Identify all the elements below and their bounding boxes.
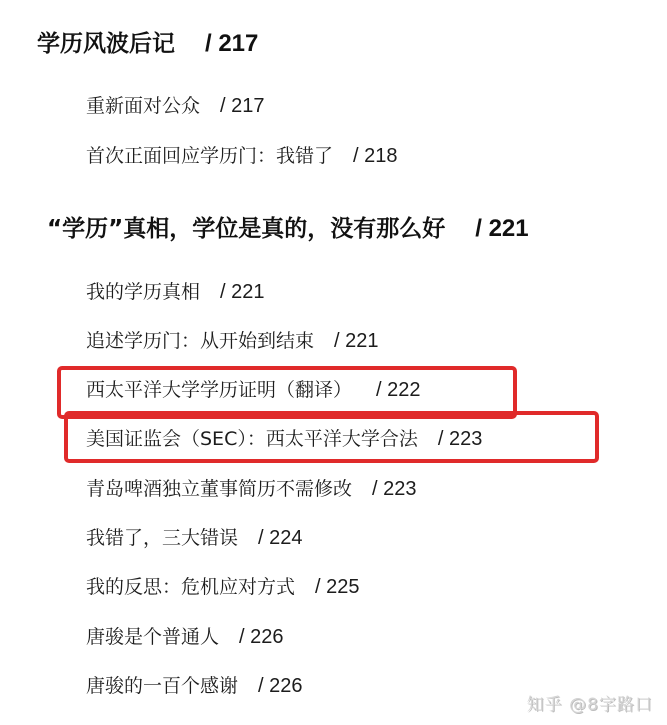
entry-page-number: / 218 bbox=[353, 145, 397, 167]
entry-page-number: / 224 bbox=[258, 527, 302, 549]
entry-title: 唐骏的一百个感谢 bbox=[86, 675, 238, 697]
toc-entry: 重新面对公众/ 217 bbox=[86, 96, 265, 116]
entry-title: 我的学历真相 bbox=[86, 281, 200, 303]
entry-page-number: / 226 bbox=[258, 675, 302, 697]
entry-title: 重新面对公众 bbox=[86, 95, 200, 117]
toc-entry: 青岛啤酒独立董事简历不需修改/ 223 bbox=[86, 479, 417, 499]
zhihu-watermark: 知乎 @8字路口 bbox=[527, 690, 653, 715]
chapter-heading: “学历”真相，学位是真的，没有那么好/ 221 bbox=[47, 217, 529, 241]
entry-title: 我错了，三大错误 bbox=[86, 527, 238, 549]
toc-entry: 首次正面回应学历门：我错了/ 218 bbox=[86, 146, 398, 166]
chapter-heading: 学历风波后记/ 217 bbox=[37, 32, 258, 56]
entry-title: 追述学历门：从开始到结束 bbox=[86, 330, 314, 352]
chapter-title: “学历”真相，学位是真的，没有那么好 bbox=[47, 216, 445, 242]
chapter-page-number: / 221 bbox=[475, 215, 528, 242]
toc-entry: 唐骏是个普通人/ 226 bbox=[86, 627, 284, 647]
toc-entry: 我的反思：危机应对方式/ 225 bbox=[86, 577, 360, 597]
entry-title: 唐骏是个普通人 bbox=[86, 626, 219, 648]
toc-entry: 唐骏的一百个感谢/ 226 bbox=[86, 676, 303, 696]
entry-title: 首次正面回应学历门：我错了 bbox=[86, 145, 333, 167]
highlight-box-sec bbox=[64, 411, 599, 463]
entry-page-number: / 217 bbox=[220, 95, 264, 117]
entry-page-number: / 223 bbox=[372, 478, 416, 500]
entry-page-number: / 221 bbox=[220, 281, 264, 303]
entry-page-number: / 225 bbox=[315, 576, 359, 598]
entry-page-number: / 221 bbox=[334, 330, 378, 352]
toc-entry: 我错了，三大错误/ 224 bbox=[86, 528, 303, 548]
entry-title: 青岛啤酒独立董事简历不需修改 bbox=[86, 478, 352, 500]
toc-entry: 追述学历门：从开始到结束/ 221 bbox=[86, 331, 379, 351]
chapter-page-number: / 217 bbox=[205, 30, 258, 57]
chapter-title: 学历风波后记 bbox=[37, 31, 175, 57]
entry-title: 我的反思：危机应对方式 bbox=[86, 576, 295, 598]
toc-entry: 我的学历真相/ 221 bbox=[86, 282, 265, 302]
entry-page-number: / 226 bbox=[239, 626, 283, 648]
